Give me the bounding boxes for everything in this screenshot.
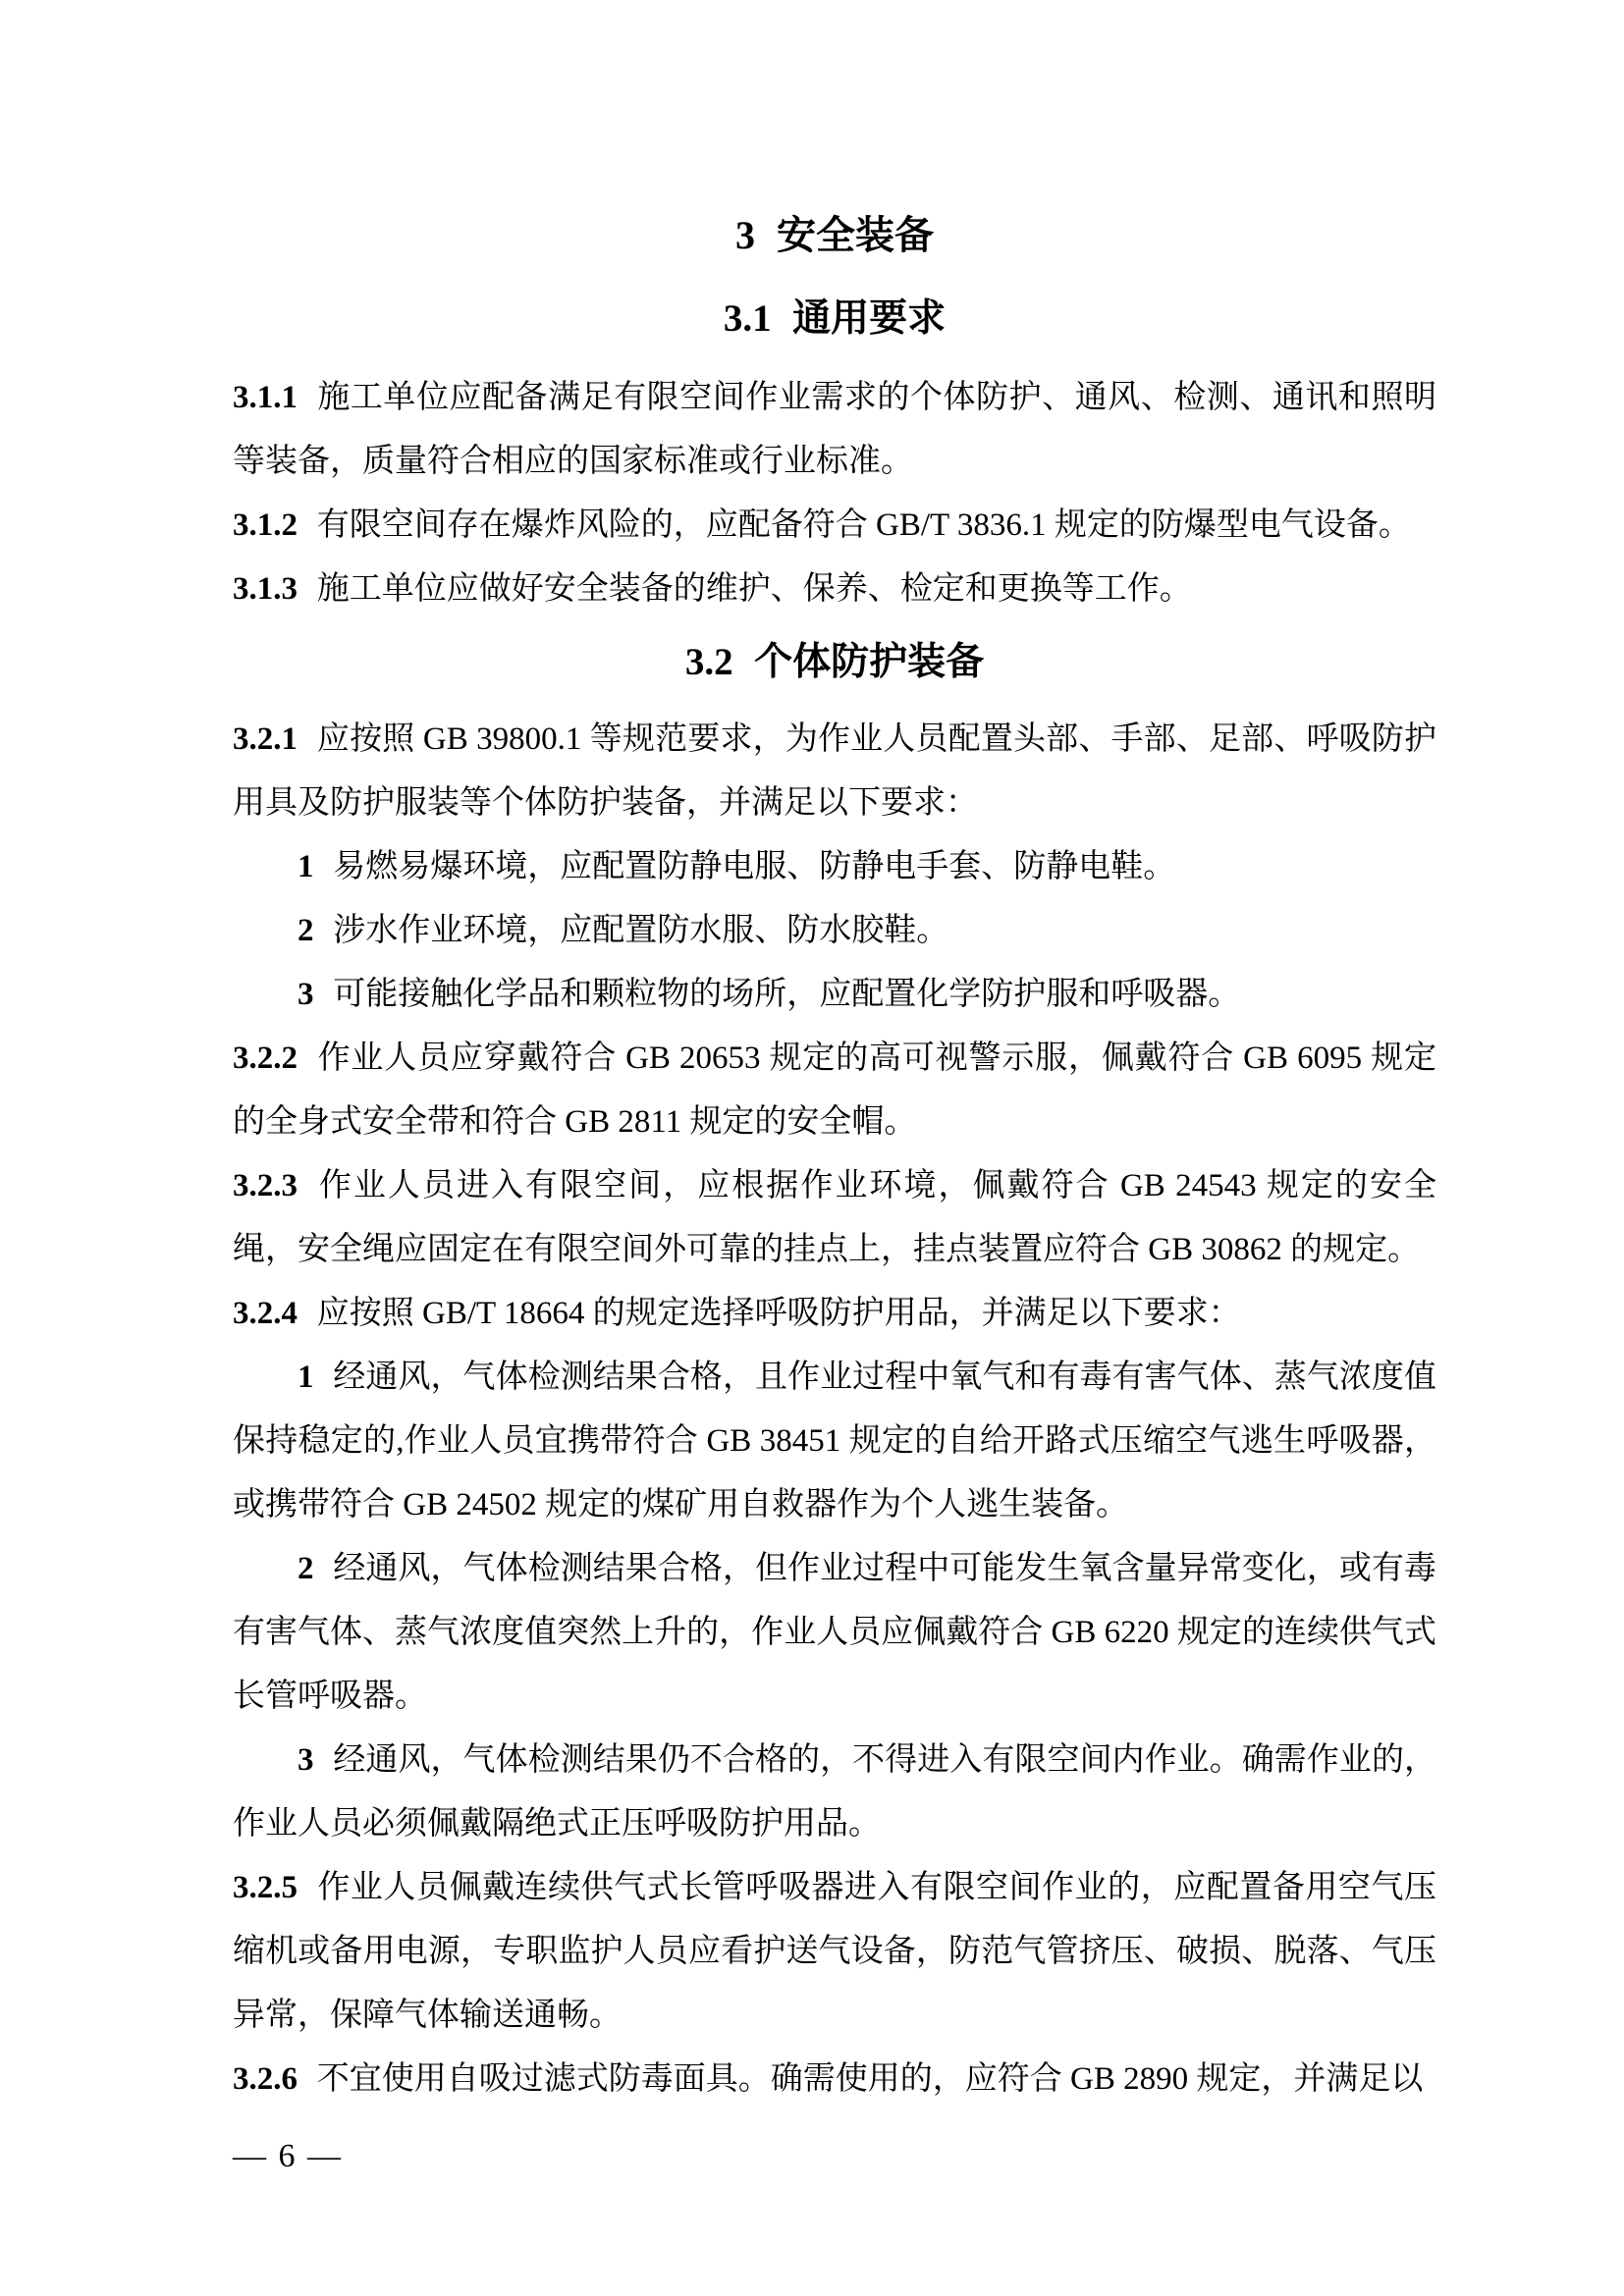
clause-text: 施工单位应配备满足有限空间作业需求的个体防护、通风、检测、通讯和照明等装备，质量… bbox=[233, 380, 1436, 479]
item-text: 可能接触化学品和颗粒物的场所，应配置化学防护服和呼吸器。 bbox=[333, 977, 1240, 1012]
clause-text: 应按照 GB/T 18664 的规定选择呼吸防护用品，并满足以下要求： bbox=[317, 1296, 1241, 1331]
section-heading-3-2: 3.2个体防护装备 bbox=[233, 639, 1436, 686]
clause-3-2-3: 3.2.3作业人员进入有限空间，应根据作业环境，佩戴符合 GB 24543 规定… bbox=[233, 1154, 1436, 1282]
clause-text: 有限空间存在爆炸风险的，应配备符合 GB/T 3836.1 规定的防爆型电气设备… bbox=[317, 507, 1411, 543]
list-item-1: 1易燃易爆环境，应配置防静电服、防静电手套、防静电鞋。 bbox=[233, 835, 1436, 899]
clause-number: 3.2.5 bbox=[233, 1870, 298, 1905]
list-item-2: 2经通风，气体检测结果合格，但作业过程中可能发生氧含量异常变化，或有毒有害气体、… bbox=[233, 1537, 1436, 1729]
list-item-1: 1经通风，气体检测结果合格，且作业过程中氧气和有毒有害气体、蒸气浓度值保持稳定的… bbox=[233, 1346, 1436, 1537]
item-number: 1 bbox=[298, 849, 314, 884]
item-number: 2 bbox=[298, 913, 314, 948]
page-content: 3安全装备 3.1通用要求 3.1.1施工单位应配备满足有限空间作业需求的个体防… bbox=[233, 0, 1436, 2111]
clause-number: 3.1.3 bbox=[233, 571, 298, 607]
item-text: 易燃易爆环境，应配置防静电服、防静电手套、防静电鞋。 bbox=[333, 849, 1175, 884]
clause-text: 作业人员进入有限空间，应根据作业环境，佩戴符合 GB 24543 规定的安全绳，… bbox=[233, 1168, 1436, 1267]
clause-3-2-6: 3.2.6不宜使用自吸过滤式防毒面具。确需使用的，应符合 GB 2890 规定，… bbox=[233, 2048, 1436, 2111]
clause-text: 应按照 GB 39800.1 等规范要求，为作业人员配置头部、手部、足部、呼吸防… bbox=[233, 721, 1436, 821]
item-number: 3 bbox=[298, 977, 314, 1012]
item-text: 涉水作业环境，应配置防水服、防水胶鞋。 bbox=[333, 913, 948, 948]
item-number: 3 bbox=[298, 1742, 314, 1778]
clause-text: 施工单位应做好安全装备的维护、保养、检定和更换等工作。 bbox=[317, 571, 1192, 607]
clause-text: 不宜使用自吸过滤式防毒面具。确需使用的，应符合 GB 2890 规定，并满足以 bbox=[317, 2061, 1424, 2097]
clause-number: 3.1.1 bbox=[233, 380, 298, 415]
clause-3-2-2: 3.2.2作业人员应穿戴符合 GB 20653 规定的高可视警示服，佩戴符合 G… bbox=[233, 1027, 1436, 1154]
clause-number: 3.1.2 bbox=[233, 507, 298, 543]
clause-3-2-1: 3.2.1应按照 GB 39800.1 等规范要求，为作业人员配置头部、手部、足… bbox=[233, 708, 1436, 835]
item-number: 2 bbox=[298, 1551, 314, 1586]
item-text: 经通风，气体检测结果仍不合格的，不得进入有限空间内作业。确需作业的，作业人员必须… bbox=[233, 1742, 1436, 1842]
page-number-footer: — 6 — bbox=[233, 2124, 343, 2188]
item-number: 1 bbox=[298, 1360, 314, 1395]
clause-text: 作业人员应穿戴符合 GB 20653 规定的高可视警示服，佩戴符合 GB 609… bbox=[233, 1041, 1436, 1140]
item-text: 经通风，气体检测结果合格，且作业过程中氧气和有毒有害气体、蒸气浓度值保持稳定的,… bbox=[233, 1360, 1436, 1522]
document-page: 3安全装备 3.1通用要求 3.1.1施工单位应配备满足有限空间作业需求的个体防… bbox=[0, 0, 1624, 2296]
list-item-3: 3经通风，气体检测结果仍不合格的，不得进入有限空间内作业。确需作业的，作业人员必… bbox=[233, 1729, 1436, 1856]
clause-text: 作业人员佩戴连续供气式长管呼吸器进入有限空间作业的，应配置备用空气压缩机或备用电… bbox=[233, 1870, 1436, 2033]
chapter-number: 3 bbox=[735, 213, 755, 257]
section-title: 通用要求 bbox=[792, 297, 946, 340]
item-text: 经通风，气体检测结果合格，但作业过程中可能发生氧含量异常变化，或有毒有害气体、蒸… bbox=[233, 1551, 1436, 1714]
list-item-3: 3可能接触化学品和颗粒物的场所，应配置化学防护服和呼吸器。 bbox=[233, 963, 1436, 1027]
section-title: 个体防护装备 bbox=[754, 641, 984, 683]
section-number: 3.2 bbox=[685, 641, 733, 683]
clause-number: 3.2.3 bbox=[233, 1168, 298, 1203]
clause-number: 3.2.4 bbox=[233, 1296, 298, 1331]
chapter-title: 安全装备 bbox=[777, 213, 934, 257]
clause-3-1-2: 3.1.2有限空间存在爆炸风险的，应配备符合 GB/T 3836.1 规定的防爆… bbox=[233, 494, 1436, 558]
clause-number: 3.2.1 bbox=[233, 721, 298, 757]
section-heading-3-1: 3.1通用要求 bbox=[233, 295, 1436, 343]
section-number: 3.1 bbox=[724, 297, 772, 340]
clause-3-1-1: 3.1.1施工单位应配备满足有限空间作业需求的个体防护、通风、检测、通讯和照明等… bbox=[233, 366, 1436, 494]
chapter-heading: 3安全装备 bbox=[233, 212, 1436, 259]
list-item-2: 2涉水作业环境，应配置防水服、防水胶鞋。 bbox=[233, 899, 1436, 963]
clause-number: 3.2.6 bbox=[233, 2061, 298, 2097]
clause-3-1-3: 3.1.3施工单位应做好安全装备的维护、保养、检定和更换等工作。 bbox=[233, 558, 1436, 621]
clause-number: 3.2.2 bbox=[233, 1041, 298, 1076]
clause-3-2-5: 3.2.5作业人员佩戴连续供气式长管呼吸器进入有限空间作业的，应配置备用空气压缩… bbox=[233, 1856, 1436, 2048]
clause-3-2-4: 3.2.4应按照 GB/T 18664 的规定选择呼吸防护用品，并满足以下要求： bbox=[233, 1282, 1436, 1346]
